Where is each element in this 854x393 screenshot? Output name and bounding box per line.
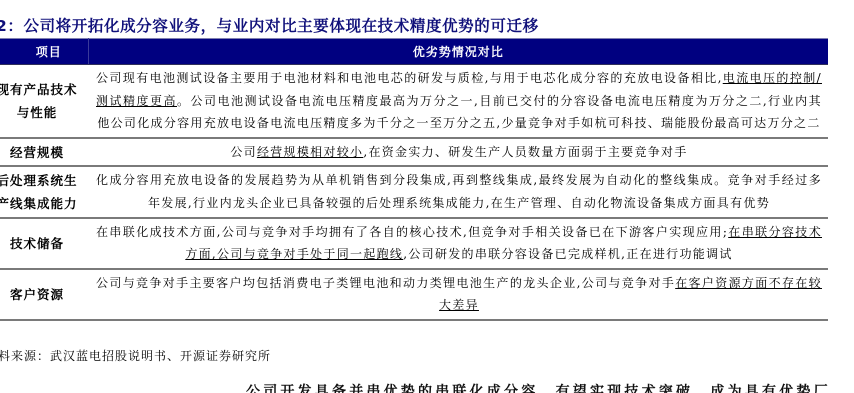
header-comparison: 优劣势情况对比 bbox=[88, 39, 828, 65]
row-description: 公司与竞争对手主要客户均包括消费电子类锂电池和动力类锂电池生产的龙头企业,公司与… bbox=[88, 269, 828, 320]
source-note: 料来源：武汉蓝电招股说明书、开源证券研究所 bbox=[0, 347, 271, 364]
description-text: 。公司电池测试设备电流电压精度最高为万分之一,目前已交付的分容设备电流电压精度为… bbox=[97, 94, 822, 131]
row-label-line: 与性能 bbox=[17, 105, 58, 120]
row-description: 公司现有电池测试设备主要用于电池材料和电池电芯的研发与质检,与用于电芯化成分容的… bbox=[88, 65, 828, 138]
description-text: ,公司研发的串联分容设备已完成样机,正在进行功能调试 bbox=[403, 247, 732, 261]
table-row: 客户资源公司与竞争对手主要客户均包括消费电子类锂电池和动力类锂电池生产的龙头企业… bbox=[0, 269, 828, 320]
description-text: ,在资金实力、研发生产人员数量方面弱于主要竞争对手 bbox=[363, 145, 687, 159]
table-row: 技术储备在串联化成技术方面,公司与竞争对手均拥有了各自的核心技术,但竞争对手相关… bbox=[0, 218, 828, 269]
row-label: 后处理系统生产线集成能力 bbox=[0, 166, 88, 217]
row-label-line: 经营规模 bbox=[10, 145, 64, 160]
description-text: 公司与竞争对手主要客户均包括消费电子类锂电池和动力类锂电池生产的龙头企业,公司与… bbox=[96, 276, 675, 290]
row-label-line: 技术储备 bbox=[10, 236, 64, 251]
description-text: 在串联化成技术方面,公司与竞争对手均拥有了各自的核心技术,但竞争对手相关设备已在… bbox=[96, 225, 728, 239]
row-label: 技术储备 bbox=[0, 218, 88, 269]
description-text: 公司 bbox=[230, 145, 257, 159]
row-description: 化成分容用充放电设备的发展趋势为从单机销售到分段集成,再到整线集成,最终发展为自… bbox=[88, 166, 828, 217]
next-section-heading: 公司开发具备并串优势的串联化成分容，有望实现技术突破，成为具有优势厂 bbox=[246, 381, 831, 393]
table-row: 经营规模公司经营规模相对较小,在资金实力、研发生产人员数量方面弱于主要竞争对手 bbox=[0, 138, 828, 167]
description-text: 化成分容用充放电设备的发展趋势为从单机销售到分段集成,再到整线集成,最终发展为自… bbox=[96, 173, 822, 210]
table-row: 后处理系统生产线集成能力化成分容用充放电设备的发展趋势为从单机销售到分段集成,再… bbox=[0, 166, 828, 217]
row-label-line: 现有产品技术 bbox=[0, 82, 78, 97]
row-description: 公司经营规模相对较小,在资金实力、研发生产人员数量方面弱于主要竞争对手 bbox=[88, 138, 828, 167]
row-label-line: 后处理系统生 bbox=[0, 173, 78, 188]
table-header-row: 项目 优劣势情况对比 bbox=[0, 39, 828, 65]
row-label: 现有产品技术与性能 bbox=[0, 65, 88, 138]
description-text: 公司现有电池测试设备主要用于电池材料和电池电芯的研发与质检,与用于电芯化成分容的… bbox=[96, 71, 723, 85]
row-label: 客户资源 bbox=[0, 269, 88, 320]
table-body: 现有产品技术与性能公司现有电池测试设备主要用于电池材料和电池电芯的研发与质检,与… bbox=[0, 65, 828, 320]
header-item: 项目 bbox=[0, 39, 88, 65]
table-row: 现有产品技术与性能公司现有电池测试设备主要用于电池材料和电池电芯的研发与质检,与… bbox=[0, 65, 828, 138]
row-label-line: 客户资源 bbox=[10, 287, 64, 302]
row-description: 在串联化成技术方面,公司与竞争对手均拥有了各自的核心技术,但竞争对手相关设备已在… bbox=[88, 218, 828, 269]
table-caption: 2：公司将开拓化成分容业务，与业内对比主要体现在技术精度优势的可迁移 bbox=[0, 14, 539, 36]
highlighted-text: 经营规模相对较小 bbox=[257, 145, 363, 159]
comparison-table: 项目 优劣势情况对比 现有产品技术与性能公司现有电池测试设备主要用于电池材料和电… bbox=[0, 38, 828, 321]
row-label: 经营规模 bbox=[0, 138, 88, 167]
row-label-line: 产线集成能力 bbox=[0, 196, 78, 211]
